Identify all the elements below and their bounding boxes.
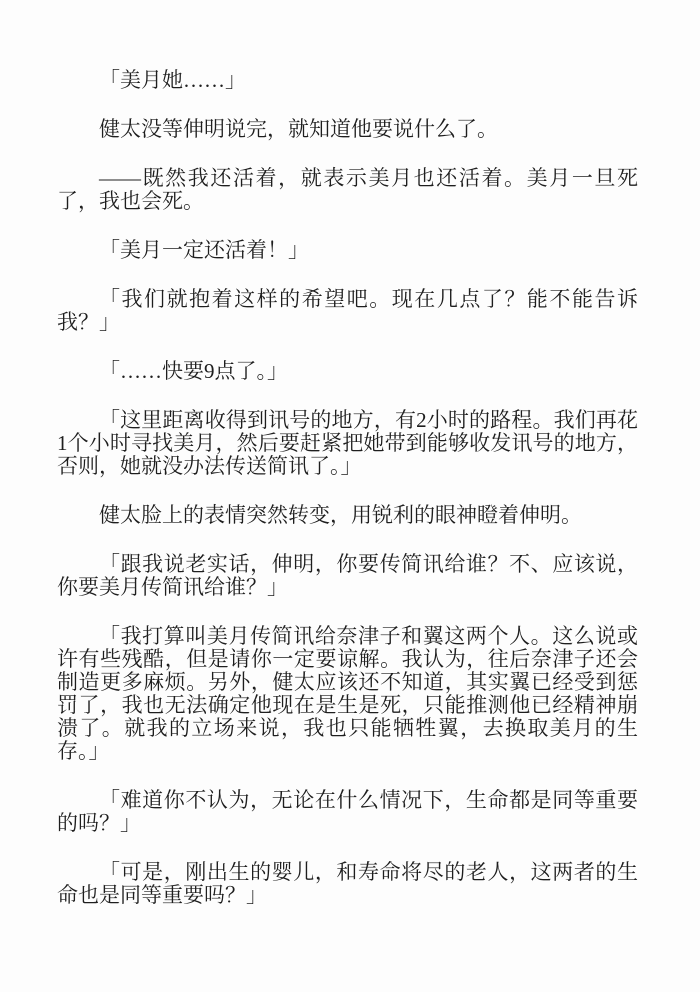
- paragraph: 「我们就抱着这样的希望吧。现在几点了？能不能告诉我？」: [57, 288, 638, 334]
- paragraph-list: 「美月她……」健太没等伸明说完，就知道他要说什么了。——既然我还活着，就表示美月…: [0, 0, 700, 907]
- book-page: 「美月她……」健太没等伸明说完，就知道他要说什么了。——既然我还活着，就表示美月…: [0, 0, 700, 992]
- paragraph: 「……快要9点了。」: [57, 360, 638, 383]
- paragraph: 健太脸上的表情突然转变，用锐利的眼神瞪着伸明。: [57, 504, 638, 527]
- paragraph: 「美月她……」: [57, 69, 638, 92]
- paragraph: 「美月一定还活着！」: [57, 239, 638, 262]
- paragraph: 「我打算叫美月传简讯给奈津子和翼这两个人。这么说或许有些残酷，但是请你一定要谅解…: [57, 625, 638, 763]
- paragraph: 「跟我说老实话，伸明，你要传简讯给谁？不、应该说，你要美月传简讯给谁？」: [57, 553, 638, 599]
- paragraph: 「可是，刚出生的婴儿，和寿命将尽的老人，这两者的生命也是同等重要吗？」: [57, 861, 638, 907]
- paragraph: 「这里距离收得到讯号的地方，有2小时的路程。我们再花1个小时寻找美月，然后要赶紧…: [57, 409, 638, 478]
- paragraph: 「难道你不认为，无论在什么情况下，生命都是同等重要的吗？」: [57, 789, 638, 835]
- paragraph: 健太没等伸明说完，就知道他要说什么了。: [57, 118, 638, 141]
- paragraph: ——既然我还活着，就表示美月也还活着。美月一旦死了，我也会死。: [57, 167, 638, 213]
